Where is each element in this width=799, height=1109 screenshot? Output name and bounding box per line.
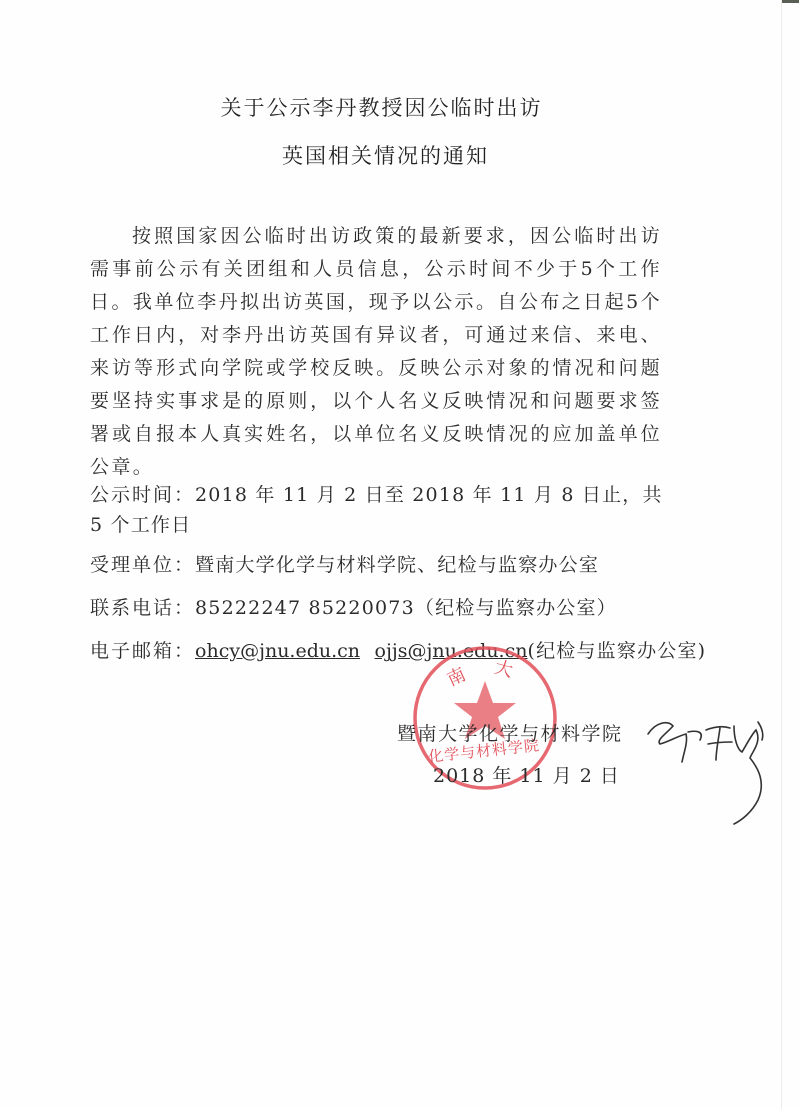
- contact-email-label: 电子邮箱：: [90, 640, 195, 662]
- handwritten-signature: [638, 712, 788, 832]
- contact-email: 电子邮箱：ohcy@jnu.edu.cn ojjs@jnu.edu.cn(纪检与…: [90, 636, 706, 666]
- signing-date: 2018 年 11 月 2 日: [433, 761, 620, 788]
- contact-phone: 联系电话：85222247 85220073（纪检与监察办公室）: [90, 593, 617, 623]
- publicity-period: 公示时间：2018 年 11 月 2 日至 2018 年 11 月 8 日止，共…: [90, 480, 670, 540]
- document-title-line-2: 英国相关情况的通知: [0, 140, 785, 170]
- email-link-ohcy[interactable]: ohcy@jnu.edu.cn: [195, 640, 360, 662]
- contact-phone-label: 联系电话：: [90, 597, 195, 619]
- notice-body-paragraph: 按照国家因公临时出访政策的最新要求，因公临时出访需事前公示有关团组和人员信息，公…: [90, 220, 662, 484]
- scan-corner-mark: [782, 0, 799, 3]
- receiving-unit: 受理单位：暨南大学化学与材料学院、纪检与监察办公室: [90, 550, 599, 580]
- signing-organization: 暨南大学化学与材料学院: [397, 719, 623, 746]
- receiving-unit-value: 暨南大学化学与材料学院、纪检与监察办公室: [195, 554, 599, 576]
- document-title-line-1: 关于公示李丹教授因公临时出访: [0, 92, 781, 122]
- publicity-period-label: 公示时间：: [90, 484, 195, 506]
- contact-phone-value: 85222247 85220073（纪检与监察办公室）: [195, 597, 617, 619]
- receiving-unit-label: 受理单位：: [90, 554, 195, 576]
- document-page: 关于公示李丹教授因公临时出访 英国相关情况的通知 按照国家因公临时出访政策的最新…: [0, 0, 799, 1109]
